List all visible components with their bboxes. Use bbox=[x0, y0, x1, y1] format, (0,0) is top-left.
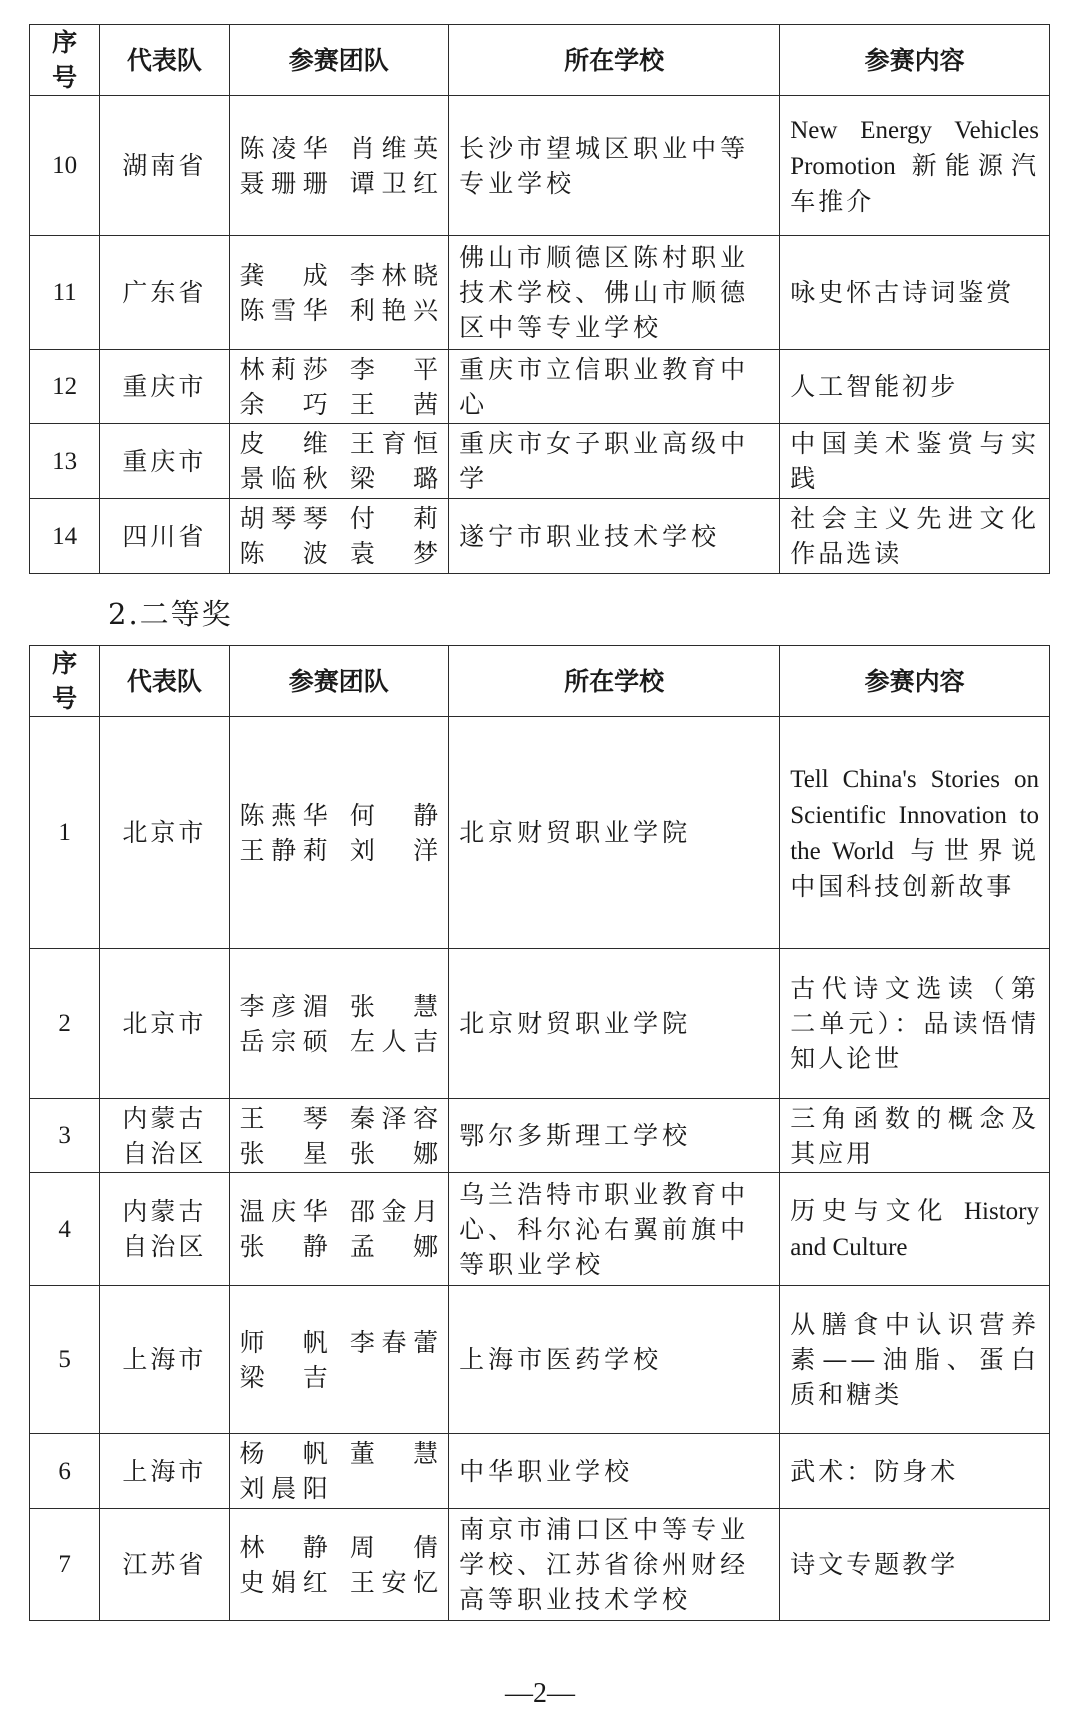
member-name: 温庆华 bbox=[240, 1194, 328, 1229]
table-row: 14 四川省 胡琴琴 付 莉 陈 波 袁 梦 遂宁市职业技术学校 社会主义先进文… bbox=[30, 499, 1050, 574]
member-name: 杨 帆 bbox=[240, 1436, 328, 1471]
header-no: 序号 bbox=[30, 646, 100, 717]
member-list: 皮 维 王育恒 景临秋 梁 璐 bbox=[240, 426, 439, 496]
cell-content: 人工智能初步 bbox=[780, 350, 1050, 424]
cell-members: 陈凌华 肖维英 聂珊珊 谭卫红 bbox=[229, 96, 449, 236]
member-name: 王育恒 bbox=[350, 426, 438, 461]
cell-team: 江苏省 bbox=[100, 1509, 229, 1621]
table-row: 10 湖南省 陈凌华 肖维英 聂珊珊 谭卫红 长沙市望城区职业中等专业学校 Ne… bbox=[30, 96, 1050, 236]
member-name: 李春蕾 bbox=[350, 1325, 438, 1360]
cell-team: 上海市 bbox=[100, 1286, 229, 1434]
cell-members: 王 琴 秦泽容 张 星 张 娜 bbox=[229, 1099, 449, 1173]
cell-no: 6 bbox=[30, 1434, 100, 1509]
cell-no: 10 bbox=[30, 96, 100, 236]
table-body: 10 湖南省 陈凌华 肖维英 聂珊珊 谭卫红 长沙市望城区职业中等专业学校 Ne… bbox=[30, 96, 1050, 574]
member-name: 陈凌华 bbox=[240, 131, 328, 166]
member-name bbox=[350, 1360, 438, 1395]
member-name: 谭卫红 bbox=[350, 166, 438, 201]
cell-no: 2 bbox=[30, 949, 100, 1099]
cell-team: 内蒙古自治区 bbox=[100, 1173, 229, 1286]
second-prize-table: 序号 代表队 参赛团队 所在学校 参赛内容 1 北京市 陈燕华 何 静 王静莉 … bbox=[29, 645, 1050, 1621]
member-name: 袁 梦 bbox=[350, 536, 438, 571]
cell-school: 佛山市顺德区陈村职业技术学校、佛山市顺德区中等专业学校 bbox=[449, 236, 780, 350]
table-row: 12 重庆市 林莉莎 李 平 余 巧 王 茜 重庆市立信职业教育中心 人工智能初… bbox=[30, 350, 1050, 424]
cell-school: 北京财贸职业学院 bbox=[449, 949, 780, 1099]
cell-content: 三角函数的概念及其应用 bbox=[780, 1099, 1050, 1173]
cell-school: 重庆市女子职业高级中学 bbox=[449, 424, 780, 499]
table-header-row: 序号 代表队 参赛团队 所在学校 参赛内容 bbox=[30, 646, 1050, 717]
member-name: 皮 维 bbox=[240, 426, 328, 461]
table-row: 3 内蒙古自治区 王 琴 秦泽容 张 星 张 娜 鄂尔多斯理工学校 三角函数的概… bbox=[30, 1099, 1050, 1173]
member-name: 李彦湄 bbox=[240, 989, 328, 1024]
member-list: 林莉莎 李 平 余 巧 王 茜 bbox=[240, 352, 439, 422]
cell-members: 温庆华 邵金月 张 静 孟 娜 bbox=[229, 1173, 449, 1286]
member-name: 刘晨阳 bbox=[240, 1471, 328, 1506]
header-school: 所在学校 bbox=[449, 25, 780, 96]
cell-team: 广东省 bbox=[100, 236, 229, 350]
cell-content: 历史与文化 History and Culture bbox=[780, 1173, 1050, 1286]
cell-content: 古代诗文选读（第二单元）：品读悟情 知人论世 bbox=[780, 949, 1050, 1099]
header-members: 参赛团队 bbox=[229, 646, 449, 717]
member-list: 李彦湄 张 慧 岳宗硕 左人吉 bbox=[240, 989, 439, 1059]
member-name: 梁 吉 bbox=[240, 1360, 328, 1395]
table-row: 6 上海市 杨 帆 董 慧 刘晨阳 中华职业学校 武术：防身术 bbox=[30, 1434, 1050, 1509]
cell-members: 杨 帆 董 慧 刘晨阳 bbox=[229, 1434, 449, 1509]
cell-school: 乌兰浩特市职业教育中心、科尔沁右翼前旗中等职业学校 bbox=[449, 1173, 780, 1286]
header-school: 所在学校 bbox=[449, 646, 780, 717]
cell-no: 12 bbox=[30, 350, 100, 424]
member-list: 陈燕华 何 静 王静莉 刘 洋 bbox=[240, 798, 439, 868]
member-name: 李 平 bbox=[350, 352, 438, 387]
member-name: 王 琴 bbox=[240, 1101, 328, 1136]
member-name: 胡琴琴 bbox=[240, 501, 328, 536]
table-row: 7 江苏省 林 静 周 倩 史娟红 王安忆 南京市浦口区中等专业学校、江苏省徐州… bbox=[30, 1509, 1050, 1621]
header-no: 序号 bbox=[30, 25, 100, 96]
member-name: 陈雪华 bbox=[240, 293, 328, 328]
member-name: 聂珊珊 bbox=[240, 166, 328, 201]
cell-no: 4 bbox=[30, 1173, 100, 1286]
member-name: 何 静 bbox=[350, 798, 438, 833]
cell-team: 四川省 bbox=[100, 499, 229, 574]
cell-members: 林 静 周 倩 史娟红 王安忆 bbox=[229, 1509, 449, 1621]
cell-no: 7 bbox=[30, 1509, 100, 1621]
member-name: 秦泽容 bbox=[350, 1101, 438, 1136]
member-name: 史娟红 bbox=[240, 1565, 328, 1600]
table-row: 13 重庆市 皮 维 王育恒 景临秋 梁 璐 重庆市女子职业高级中学 中国美术鉴… bbox=[30, 424, 1050, 499]
cell-team: 重庆市 bbox=[100, 424, 229, 499]
member-name: 张 娜 bbox=[350, 1136, 438, 1171]
member-name: 王 茜 bbox=[350, 387, 438, 422]
cell-school: 长沙市望城区职业中等专业学校 bbox=[449, 96, 780, 236]
member-name: 陈 波 bbox=[240, 536, 328, 571]
cell-school: 中华职业学校 bbox=[449, 1434, 780, 1509]
member-name: 肖维英 bbox=[350, 131, 438, 166]
cell-members: 胡琴琴 付 莉 陈 波 袁 梦 bbox=[229, 499, 449, 574]
member-name: 周 倩 bbox=[350, 1530, 438, 1565]
table-row: 2 北京市 李彦湄 张 慧 岳宗硕 左人吉 北京财贸职业学院 古代诗文选读（第二… bbox=[30, 949, 1050, 1099]
cell-content: 从膳食中认识营养素——油脂、蛋白质和糖类 bbox=[780, 1286, 1050, 1434]
member-name: 张 静 bbox=[240, 1229, 328, 1264]
member-name: 付 莉 bbox=[350, 501, 438, 536]
cell-content: New Energy Vehicles Promotion 新能源汽车推介 bbox=[780, 96, 1050, 236]
cell-no: 11 bbox=[30, 236, 100, 350]
member-name: 余 巧 bbox=[240, 387, 328, 422]
table-row: 1 北京市 陈燕华 何 静 王静莉 刘 洋 北京财贸职业学院 Tell Chin… bbox=[30, 717, 1050, 949]
member-name: 景临秋 bbox=[240, 461, 328, 496]
member-name: 董 慧 bbox=[350, 1436, 438, 1471]
header-content: 参赛内容 bbox=[780, 646, 1050, 717]
cell-team: 北京市 bbox=[100, 717, 229, 949]
member-name: 林 静 bbox=[240, 1530, 328, 1565]
member-name bbox=[350, 1471, 438, 1506]
member-name: 陈燕华 bbox=[240, 798, 328, 833]
member-name: 王静莉 bbox=[240, 833, 328, 868]
cell-content: 诗文专题教学 bbox=[780, 1509, 1050, 1621]
member-name: 梁 璐 bbox=[350, 461, 438, 496]
cell-content: Tell China's Stories on Scientific Innov… bbox=[780, 717, 1050, 949]
cell-team: 重庆市 bbox=[100, 350, 229, 424]
cell-school: 鄂尔多斯理工学校 bbox=[449, 1099, 780, 1173]
member-name: 刘 洋 bbox=[350, 833, 438, 868]
member-name: 左人吉 bbox=[350, 1024, 438, 1059]
cell-content: 武术：防身术 bbox=[780, 1434, 1050, 1509]
member-list: 胡琴琴 付 莉 陈 波 袁 梦 bbox=[240, 501, 439, 571]
member-name: 王安忆 bbox=[350, 1565, 438, 1600]
cell-members: 李彦湄 张 慧 岳宗硕 左人吉 bbox=[229, 949, 449, 1099]
cell-no: 14 bbox=[30, 499, 100, 574]
cell-team: 上海市 bbox=[100, 1434, 229, 1509]
header-members: 参赛团队 bbox=[229, 25, 449, 96]
header-team: 代表队 bbox=[100, 646, 229, 717]
member-name: 张 星 bbox=[240, 1136, 328, 1171]
first-prize-table-continued: 序号 代表队 参赛团队 所在学校 参赛内容 10 湖南省 陈凌华 肖维英 聂珊珊… bbox=[29, 24, 1050, 574]
member-list: 杨 帆 董 慧 刘晨阳 bbox=[240, 1436, 439, 1506]
cell-members: 陈燕华 何 静 王静莉 刘 洋 bbox=[229, 717, 449, 949]
cell-school: 上海市医药学校 bbox=[449, 1286, 780, 1434]
table-row: 5 上海市 师 帆 李春蕾 梁 吉 上海市医药学校 从膳食中认识营养素——油脂、… bbox=[30, 1286, 1050, 1434]
cell-no: 3 bbox=[30, 1099, 100, 1173]
page-number: —2— bbox=[0, 1676, 1080, 1712]
table-row: 11 广东省 龚 成 李林晓 陈雪华 利艳兴 佛山市顺德区陈村职业技术学校、佛山… bbox=[30, 236, 1050, 350]
header-content: 参赛内容 bbox=[780, 25, 1050, 96]
member-name: 林莉莎 bbox=[240, 352, 328, 387]
member-list: 温庆华 邵金月 张 静 孟 娜 bbox=[240, 1194, 439, 1264]
cell-no: 5 bbox=[30, 1286, 100, 1434]
cell-no: 1 bbox=[30, 717, 100, 949]
member-name: 利艳兴 bbox=[350, 293, 438, 328]
cell-school: 重庆市立信职业教育中心 bbox=[449, 350, 780, 424]
header-team: 代表队 bbox=[100, 25, 229, 96]
cell-no: 13 bbox=[30, 424, 100, 499]
cell-members: 龚 成 李林晓 陈雪华 利艳兴 bbox=[229, 236, 449, 350]
cell-school: 北京财贸职业学院 bbox=[449, 717, 780, 949]
cell-content: 中国美术鉴赏与实践 bbox=[780, 424, 1050, 499]
member-name: 师 帆 bbox=[240, 1325, 328, 1360]
member-list: 陈凌华 肖维英 聂珊珊 谭卫红 bbox=[240, 131, 439, 201]
cell-content: 社会主义先进文化作品选读 bbox=[780, 499, 1050, 574]
member-list: 师 帆 李春蕾 梁 吉 bbox=[240, 1325, 439, 1395]
member-list: 王 琴 秦泽容 张 星 张 娜 bbox=[240, 1101, 439, 1171]
cell-school: 南京市浦口区中等专业学校、江苏省徐州财经高等职业技术学校 bbox=[449, 1509, 780, 1621]
cell-members: 林莉莎 李 平 余 巧 王 茜 bbox=[229, 350, 449, 424]
member-name: 龚 成 bbox=[240, 258, 328, 293]
table-header-row: 序号 代表队 参赛团队 所在学校 参赛内容 bbox=[30, 25, 1050, 96]
chinese-title: 历史与文化 bbox=[790, 1196, 964, 1225]
cell-content: 咏史怀古诗词鉴赏 bbox=[780, 236, 1050, 350]
member-name: 张 慧 bbox=[350, 989, 438, 1024]
cell-team: 内蒙古自治区 bbox=[100, 1099, 229, 1173]
member-name: 岳宗硕 bbox=[240, 1024, 328, 1059]
member-name: 邵金月 bbox=[350, 1194, 438, 1229]
member-list: 林 静 周 倩 史娟红 王安忆 bbox=[240, 1530, 439, 1600]
cell-school: 遂宁市职业技术学校 bbox=[449, 499, 780, 574]
member-name: 李林晓 bbox=[350, 258, 438, 293]
table-body: 1 北京市 陈燕华 何 静 王静莉 刘 洋 北京财贸职业学院 Tell Chin… bbox=[30, 717, 1050, 1621]
cell-members: 师 帆 李春蕾 梁 吉 bbox=[229, 1286, 449, 1434]
section-title-second-prize: 2.二等奖 bbox=[108, 594, 233, 634]
table-row: 4 内蒙古自治区 温庆华 邵金月 张 静 孟 娜 乌兰浩特市职业教育中心、科尔沁… bbox=[30, 1173, 1050, 1286]
member-list: 龚 成 李林晓 陈雪华 利艳兴 bbox=[240, 258, 439, 328]
cell-members: 皮 维 王育恒 景临秋 梁 璐 bbox=[229, 424, 449, 499]
cell-team: 湖南省 bbox=[100, 96, 229, 236]
member-name: 孟 娜 bbox=[350, 1229, 438, 1264]
cell-team: 北京市 bbox=[100, 949, 229, 1099]
